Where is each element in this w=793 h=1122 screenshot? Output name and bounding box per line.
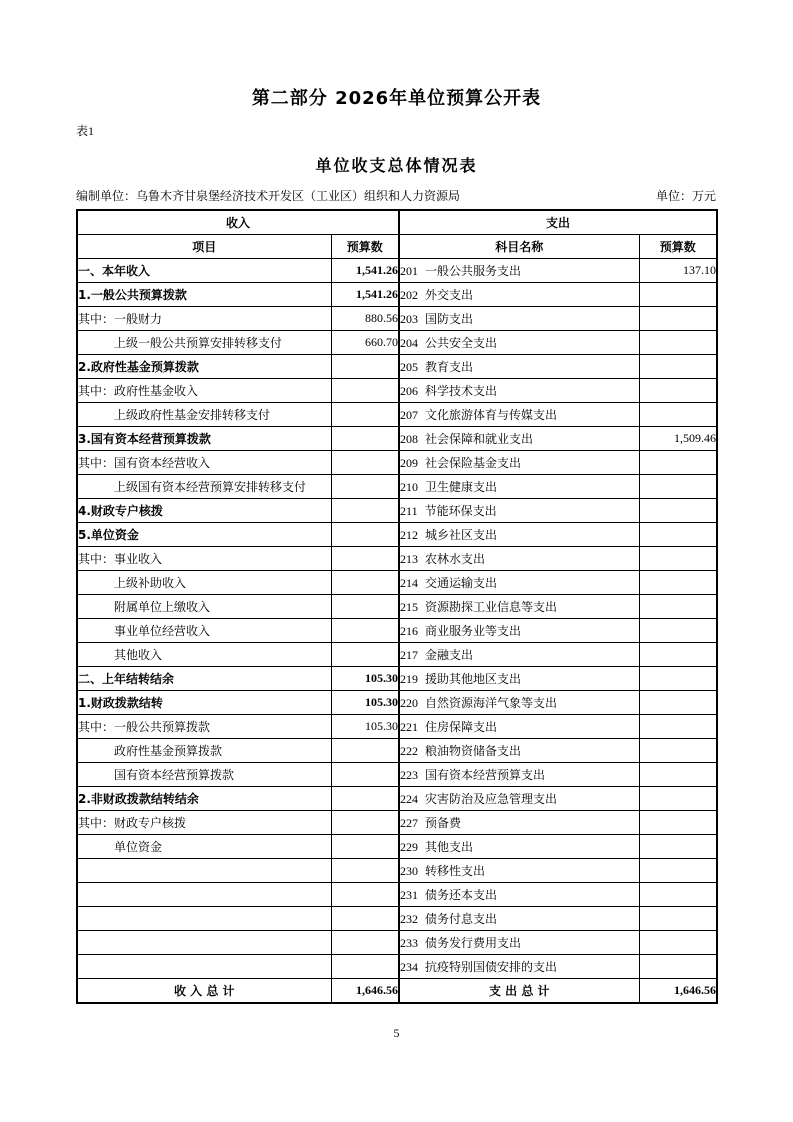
table-row: 230转移性支出	[77, 858, 717, 882]
table-row: 附属单位上缴收入215资源勘探工业信息等支出	[77, 594, 717, 618]
expense-budget-cell: 1,509.46	[639, 426, 717, 450]
expense-budget-cell	[639, 858, 717, 882]
prepared-by: 编制单位：乌鲁木齐甘泉堡经济技术开发区（工业区）组织和人力资源局	[76, 189, 460, 203]
income-item-cell: 附属单位上缴收入	[77, 594, 331, 618]
income-item-cell: 上级补助收入	[77, 570, 331, 594]
income-header: 收入	[77, 210, 399, 235]
expense-name: 节能环保支出	[425, 504, 497, 518]
expense-budget-cell	[639, 930, 717, 954]
income-item-cell: 4.财政专户核拨	[77, 498, 331, 522]
expense-name: 商业服务业等支出	[425, 624, 521, 638]
income-budget-cell	[331, 834, 399, 858]
table-row: 政府性基金预算拨款222粮油物资储备支出	[77, 738, 717, 762]
income-item-cell: 其中：国有资本经营收入	[77, 450, 331, 474]
income-budget-cell	[331, 930, 399, 954]
expense-name: 粮油物资储备支出	[425, 744, 521, 758]
col-item: 项目	[77, 234, 331, 258]
expense-budget-cell	[639, 906, 717, 930]
table-row: 233债务发行费用支出	[77, 930, 717, 954]
income-item-cell: 2.政府性基金预算拨款	[77, 354, 331, 378]
income-budget-cell	[331, 402, 399, 426]
table-label: 表1	[76, 124, 793, 138]
expense-header: 支出	[399, 210, 717, 235]
expense-code: 210	[400, 480, 418, 495]
income-item-cell: 其中：一般财力	[77, 306, 331, 330]
table-row: 二、上年结转结余105.30219援助其他地区支出	[77, 666, 717, 690]
table-row: 上级补助收入214交通运输支出	[77, 570, 717, 594]
table-row: 其中：事业收入213农林水支出	[77, 546, 717, 570]
expense-name: 资源勘探工业信息等支出	[425, 600, 557, 614]
expense-budget-cell	[639, 618, 717, 642]
expense-budget-cell	[639, 330, 717, 354]
expense-code: 231	[400, 888, 418, 903]
expense-budget-cell	[639, 594, 717, 618]
expense-name: 教育支出	[425, 360, 473, 374]
expense-name: 社会保险基金支出	[425, 456, 521, 470]
table-row: 其中：国有资本经营收入209社会保险基金支出	[77, 450, 717, 474]
income-item-cell: 上级一般公共预算安排转移支付	[77, 330, 331, 354]
table-row: 1.财政拨款结转105.30220自然资源海洋气象等支出	[77, 690, 717, 714]
income-item-cell: 政府性基金预算拨款	[77, 738, 331, 762]
income-total-value: 1,646.56	[331, 978, 399, 1003]
expense-name: 科学技术支出	[425, 384, 497, 398]
expense-code: 213	[400, 552, 418, 567]
table-row: 上级国有资本经营预算安排转移支付210卫生健康支出	[77, 474, 717, 498]
expense-name: 住房保障支出	[425, 720, 497, 734]
expense-budget-cell	[639, 810, 717, 834]
expense-budget-cell	[639, 690, 717, 714]
income-budget-cell	[331, 498, 399, 522]
income-item-cell: 1.一般公共预算拨款	[77, 282, 331, 306]
expense-code: 204	[400, 336, 418, 351]
income-budget-cell: 1,541.26	[331, 258, 399, 282]
expense-name: 外交支出	[425, 288, 473, 302]
expense-code: 230	[400, 864, 418, 879]
table-row: 上级一般公共预算安排转移支付660.70204公共安全支出	[77, 330, 717, 354]
expense-budget-cell	[639, 786, 717, 810]
expense-name: 一般公共服务支出	[425, 264, 521, 278]
income-item-cell: 单位资金	[77, 834, 331, 858]
table-row: 一、本年收入1,541.26201一般公共服务支出137.10	[77, 258, 717, 282]
expense-code: 215	[400, 600, 418, 615]
page-title: 单位收支总体情况表	[0, 156, 793, 175]
income-item-cell: 3.国有资本经营预算拨款	[77, 426, 331, 450]
expense-code: 222	[400, 744, 418, 759]
income-budget-cell	[331, 426, 399, 450]
table-row: 2.非财政拨款结转结余224灾害防治及应急管理支出	[77, 786, 717, 810]
income-budget-cell	[331, 810, 399, 834]
expense-budget-cell	[639, 498, 717, 522]
expense-code: 203	[400, 312, 418, 327]
expense-budget-cell	[639, 882, 717, 906]
table-row: 其他收入217金融支出	[77, 642, 717, 666]
expense-code: 211	[400, 504, 418, 519]
income-budget-cell	[331, 474, 399, 498]
expense-code: 233	[400, 936, 418, 951]
expense-budget-cell	[639, 546, 717, 570]
column-header-row: 项目 预算数 科目名称 预算数	[77, 234, 717, 258]
expense-item-cell: 210卫生健康支出	[399, 474, 639, 498]
income-budget-cell	[331, 858, 399, 882]
expense-budget-cell	[639, 666, 717, 690]
income-item-cell: 1.财政拨款结转	[77, 690, 331, 714]
table-row: 4.财政专户核拨211节能环保支出	[77, 498, 717, 522]
expense-code: 221	[400, 720, 418, 735]
table-meta-row: 编制单位：乌鲁木齐甘泉堡经济技术开发区（工业区）组织和人力资源局 单位：万元	[76, 189, 716, 203]
unit-note: 单位：万元	[656, 189, 716, 203]
expense-item-cell: 217金融支出	[399, 642, 639, 666]
income-budget-cell	[331, 546, 399, 570]
income-budget-cell	[331, 570, 399, 594]
expense-item-cell: 207文化旅游体育与传媒支出	[399, 402, 639, 426]
expense-code: 212	[400, 528, 418, 543]
expense-item-cell: 213农林水支出	[399, 546, 639, 570]
income-budget-cell	[331, 594, 399, 618]
table-row: 232债务付息支出	[77, 906, 717, 930]
income-budget-cell	[331, 642, 399, 666]
table-row: 国有资本经营预算拨款223国有资本经营预算支出	[77, 762, 717, 786]
expense-name: 抗疫特别国债安排的支出	[425, 960, 557, 974]
income-item-cell: 国有资本经营预算拨款	[77, 762, 331, 786]
expense-name: 国有资本经营预算支出	[425, 768, 545, 782]
expense-item-cell: 204公共安全支出	[399, 330, 639, 354]
expense-name: 援助其他地区支出	[425, 672, 521, 686]
expense-budget-cell	[639, 450, 717, 474]
income-budget-cell: 105.30	[331, 666, 399, 690]
budget-table: 收入 支出 项目 预算数 科目名称 预算数 一、本年收入1,541.26201一…	[76, 209, 718, 1004]
expense-name: 社会保障和就业支出	[425, 432, 533, 446]
expense-item-cell: 215资源勘探工业信息等支出	[399, 594, 639, 618]
expense-item-cell: 202外交支出	[399, 282, 639, 306]
expense-budget-cell: 137.10	[639, 258, 717, 282]
expense-name: 金融支出	[425, 648, 473, 662]
expense-budget-cell	[639, 762, 717, 786]
expense-budget-cell	[639, 738, 717, 762]
expense-code: 217	[400, 648, 418, 663]
table-row: 231债务还本支出	[77, 882, 717, 906]
income-item-cell: 其中：财政专户核拨	[77, 810, 331, 834]
expense-item-cell: 206科学技术支出	[399, 378, 639, 402]
expense-name: 国防支出	[425, 312, 473, 326]
expense-total-value: 1,646.56	[639, 978, 717, 1003]
income-item-cell: 一、本年收入	[77, 258, 331, 282]
expense-item-cell: 208社会保障和就业支出	[399, 426, 639, 450]
expense-code: 208	[400, 432, 418, 447]
expense-name: 灾害防治及应急管理支出	[425, 792, 557, 806]
expense-item-cell: 229其他支出	[399, 834, 639, 858]
income-budget-cell: 660.70	[331, 330, 399, 354]
group-header-row: 收入 支出	[77, 210, 717, 235]
expense-item-cell: 201一般公共服务支出	[399, 258, 639, 282]
expense-item-cell: 203国防支出	[399, 306, 639, 330]
income-budget-cell: 105.30	[331, 690, 399, 714]
expense-name: 卫生健康支出	[425, 480, 497, 494]
page-number: 5	[0, 1026, 793, 1041]
income-budget-cell	[331, 738, 399, 762]
expense-name: 预备费	[425, 816, 461, 830]
income-budget-cell	[331, 906, 399, 930]
expense-code: 209	[400, 456, 418, 471]
expense-item-cell: 222粮油物资储备支出	[399, 738, 639, 762]
expense-item-cell: 230转移性支出	[399, 858, 639, 882]
table-row: 其中：政府性基金收入206科学技术支出	[77, 378, 717, 402]
expense-item-cell: 214交通运输支出	[399, 570, 639, 594]
expense-name: 自然资源海洋气象等支出	[425, 696, 557, 710]
expense-item-cell: 234抗疫特别国债安排的支出	[399, 954, 639, 978]
income-item-cell: 其中：政府性基金收入	[77, 378, 331, 402]
income-budget-cell	[331, 354, 399, 378]
expense-code: 227	[400, 816, 418, 831]
expense-item-cell: 220自然资源海洋气象等支出	[399, 690, 639, 714]
document-page: 第二部分 2026年单位预算公开表 表1 单位收支总体情况表 编制单位：乌鲁木齐…	[0, 0, 793, 1004]
expense-code: 207	[400, 408, 418, 423]
income-item-cell: 5.单位资金	[77, 522, 331, 546]
expense-budget-cell	[639, 402, 717, 426]
expense-item-cell: 219援助其他地区支出	[399, 666, 639, 690]
expense-item-cell: 224灾害防治及应急管理支出	[399, 786, 639, 810]
expense-code: 219	[400, 672, 418, 687]
expense-item-cell: 231债务还本支出	[399, 882, 639, 906]
income-budget-cell	[331, 450, 399, 474]
expense-budget-cell	[639, 522, 717, 546]
income-item-cell: 二、上年结转结余	[77, 666, 331, 690]
table-row: 234抗疫特别国债安排的支出	[77, 954, 717, 978]
expense-code: 206	[400, 384, 418, 399]
table-row: 5.单位资金212城乡社区支出	[77, 522, 717, 546]
expense-budget-cell	[639, 354, 717, 378]
expense-name: 债务发行费用支出	[425, 936, 521, 950]
income-total-label: 收 入 总 计	[77, 978, 331, 1003]
table-row: 3.国有资本经营预算拨款208社会保障和就业支出1,509.46	[77, 426, 717, 450]
expense-budget-cell	[639, 306, 717, 330]
col-budget-out: 预算数	[639, 234, 717, 258]
expense-budget-cell	[639, 474, 717, 498]
expense-name: 农林水支出	[425, 552, 485, 566]
expense-name: 其他支出	[425, 840, 473, 854]
expense-item-cell: 216商业服务业等支出	[399, 618, 639, 642]
expense-code: 232	[400, 912, 418, 927]
expense-name: 债务还本支出	[425, 888, 497, 902]
expense-budget-cell	[639, 714, 717, 738]
expense-item-cell: 205教育支出	[399, 354, 639, 378]
expense-code: 202	[400, 288, 418, 303]
income-item-cell: 上级国有资本经营预算安排转移支付	[77, 474, 331, 498]
expense-budget-cell	[639, 570, 717, 594]
income-item-cell: 事业单位经营收入	[77, 618, 331, 642]
col-subject: 科目名称	[399, 234, 639, 258]
income-budget-cell: 880.56	[331, 306, 399, 330]
income-item-cell: 其中：事业收入	[77, 546, 331, 570]
income-budget-cell	[331, 762, 399, 786]
expense-item-cell: 227预备费	[399, 810, 639, 834]
table-row: 2.政府性基金预算拨款205教育支出	[77, 354, 717, 378]
expense-code: 223	[400, 768, 418, 783]
expense-item-cell: 211节能环保支出	[399, 498, 639, 522]
table-row: 单位资金229其他支出	[77, 834, 717, 858]
income-budget-cell: 105.30	[331, 714, 399, 738]
income-budget-cell	[331, 618, 399, 642]
expense-name: 城乡社区支出	[425, 528, 497, 542]
col-budget-in: 预算数	[331, 234, 399, 258]
income-budget-cell	[331, 882, 399, 906]
table-row: 1.一般公共预算拨款1,541.26202外交支出	[77, 282, 717, 306]
income-budget-cell: 1,541.26	[331, 282, 399, 306]
expense-code: 214	[400, 576, 418, 591]
expense-budget-cell	[639, 282, 717, 306]
income-budget-cell	[331, 954, 399, 978]
expense-total-label: 支 出 总 计	[399, 978, 639, 1003]
income-item-cell: 2.非财政拨款结转结余	[77, 786, 331, 810]
expense-item-cell: 221住房保障支出	[399, 714, 639, 738]
income-item-cell: 其他收入	[77, 642, 331, 666]
expense-name: 交通运输支出	[425, 576, 497, 590]
expense-budget-cell	[639, 642, 717, 666]
table-row: 其中：财政专户核拨227预备费	[77, 810, 717, 834]
expense-item-cell: 232债务付息支出	[399, 906, 639, 930]
income-item-cell: 上级政府性基金安排转移支付	[77, 402, 331, 426]
total-row: 收 入 总 计 1,646.56 支 出 总 计 1,646.56	[77, 978, 717, 1003]
table-row: 其中：一般财力880.56203国防支出	[77, 306, 717, 330]
part-title: 第二部分 2026年单位预算公开表	[0, 0, 793, 110]
income-item-cell	[77, 930, 331, 954]
table-row: 事业单位经营收入216商业服务业等支出	[77, 618, 717, 642]
expense-code: 229	[400, 840, 418, 855]
table-row: 上级政府性基金安排转移支付207文化旅游体育与传媒支出	[77, 402, 717, 426]
expense-code: 220	[400, 696, 418, 711]
expense-name: 文化旅游体育与传媒支出	[425, 408, 557, 422]
expense-budget-cell	[639, 834, 717, 858]
expense-item-cell: 212城乡社区支出	[399, 522, 639, 546]
expense-budget-cell	[639, 378, 717, 402]
expense-name: 转移性支出	[425, 864, 485, 878]
income-item-cell	[77, 906, 331, 930]
expense-code: 205	[400, 360, 418, 375]
expense-budget-cell	[639, 954, 717, 978]
income-item-cell: 其中：一般公共预算拨款	[77, 714, 331, 738]
income-budget-cell	[331, 522, 399, 546]
income-item-cell	[77, 882, 331, 906]
expense-item-cell: 223国有资本经营预算支出	[399, 762, 639, 786]
expense-code: 234	[400, 960, 418, 975]
expense-item-cell: 233债务发行费用支出	[399, 930, 639, 954]
expense-code: 216	[400, 624, 418, 639]
expense-name: 债务付息支出	[425, 912, 497, 926]
income-item-cell	[77, 858, 331, 882]
table-row: 其中：一般公共预算拨款105.30221住房保障支出	[77, 714, 717, 738]
expense-code: 201	[400, 264, 418, 279]
income-budget-cell	[331, 378, 399, 402]
income-budget-cell	[331, 786, 399, 810]
income-item-cell	[77, 954, 331, 978]
expense-name: 公共安全支出	[425, 336, 497, 350]
expense-code: 224	[400, 792, 418, 807]
expense-item-cell: 209社会保险基金支出	[399, 450, 639, 474]
